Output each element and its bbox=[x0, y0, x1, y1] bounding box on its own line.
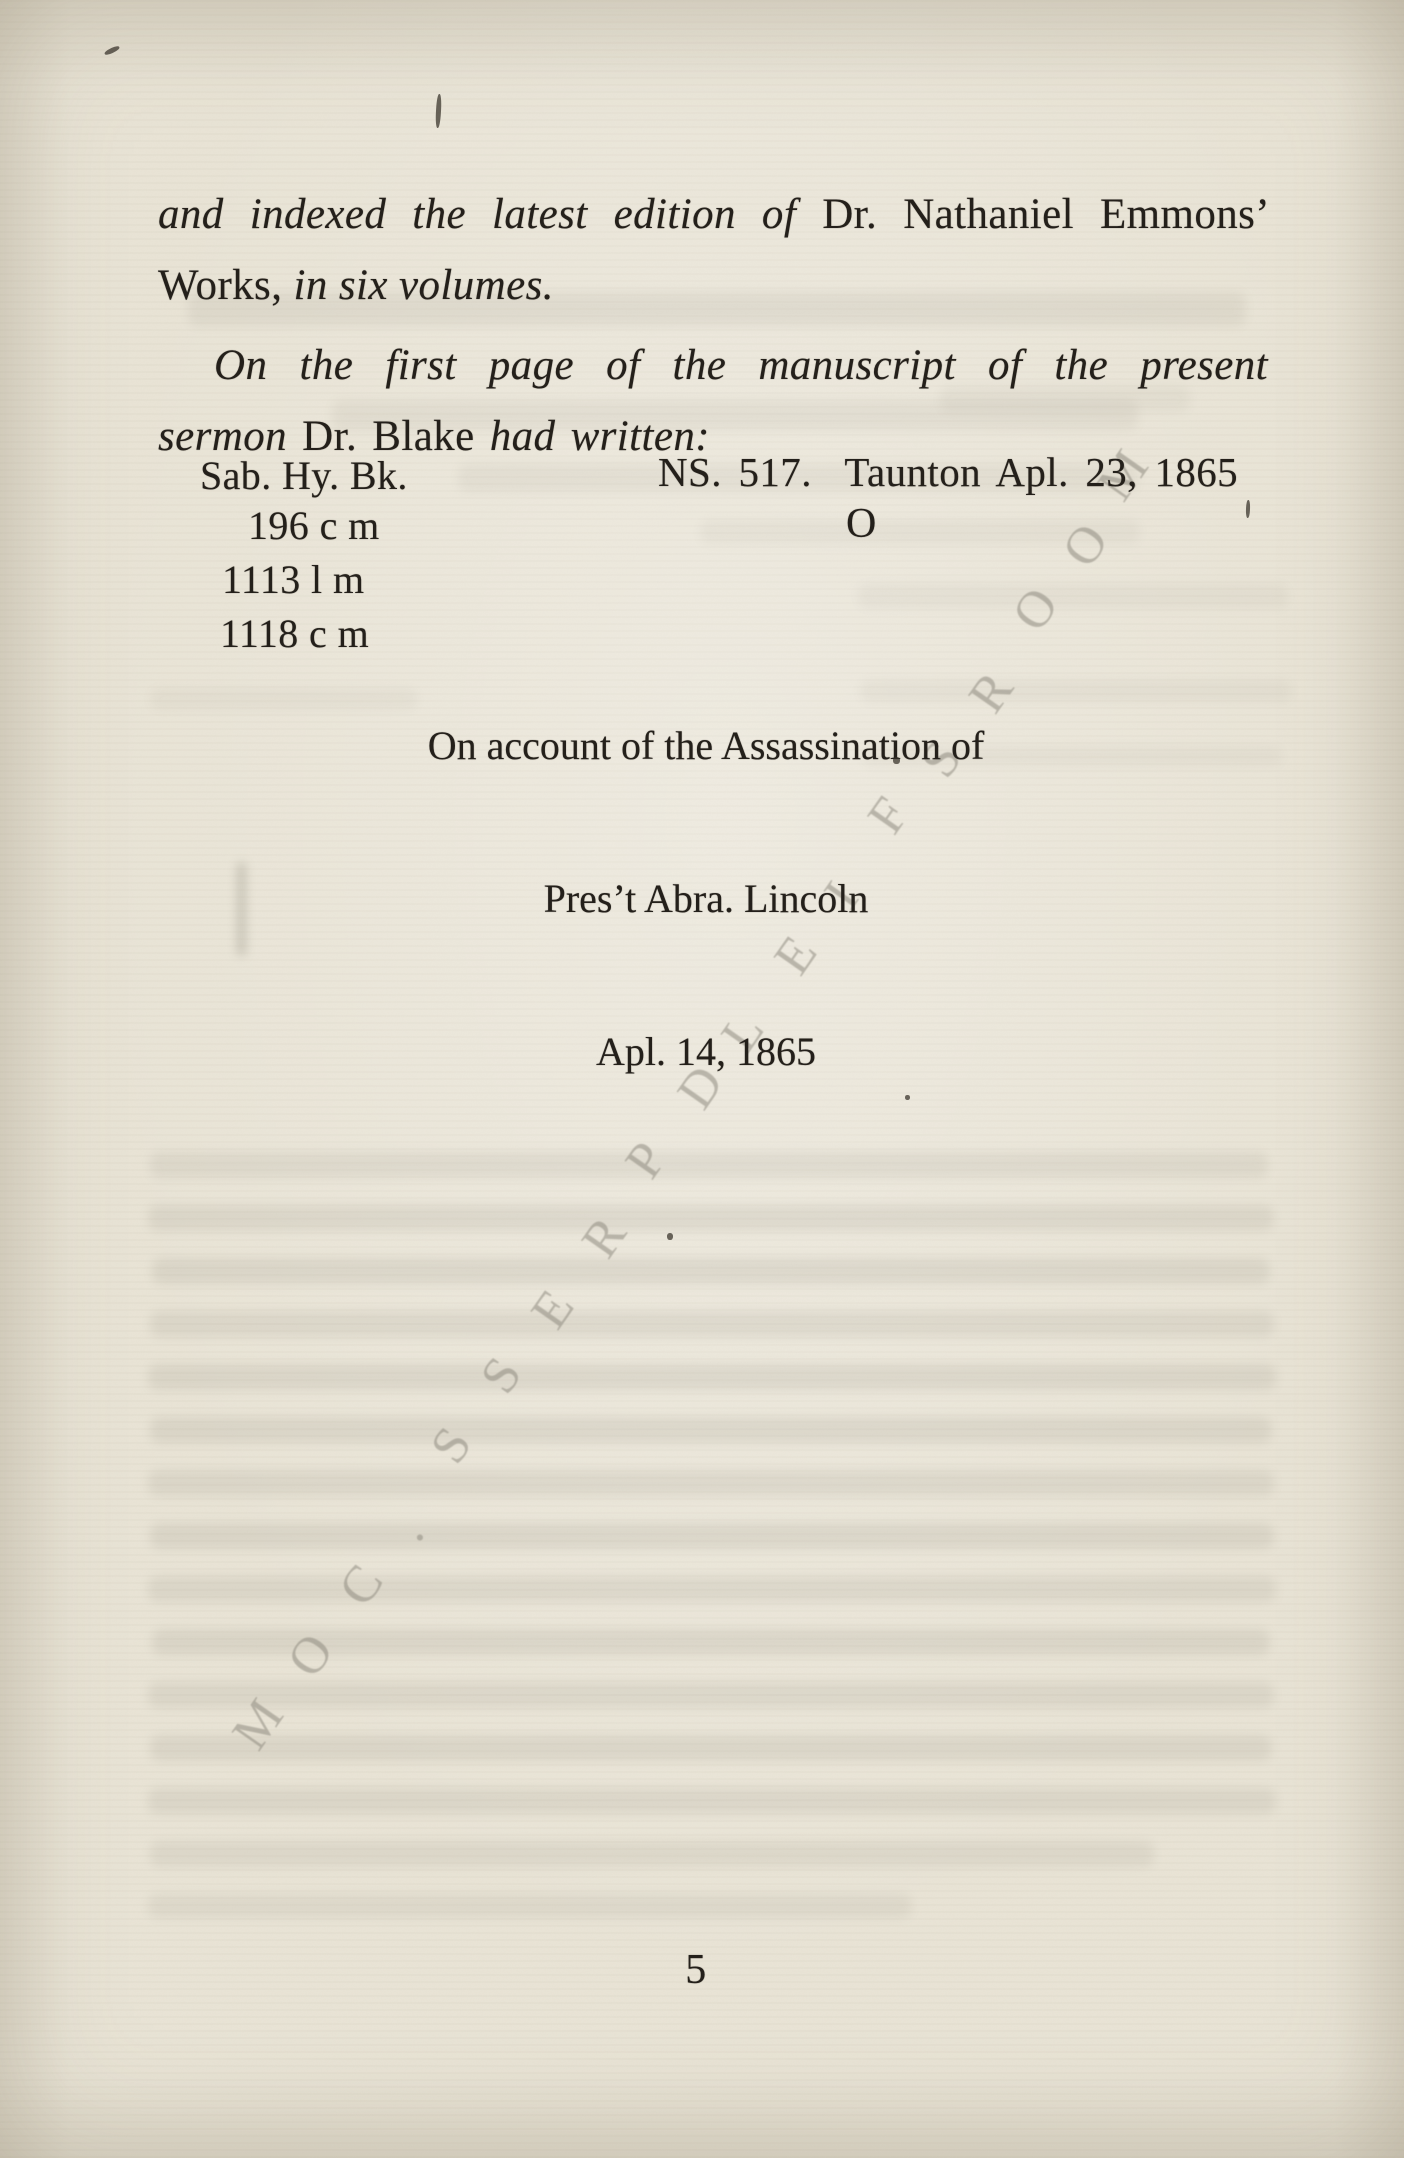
ink-speck bbox=[104, 45, 121, 56]
ghost-line bbox=[152, 1258, 1270, 1284]
ink-speck bbox=[1246, 500, 1251, 518]
ghost-line bbox=[150, 1841, 1154, 1867]
note-196-cm: 196 c m bbox=[248, 502, 380, 549]
center-annotation-block: On account of the Assassination of Pres’… bbox=[160, 618, 1252, 1179]
ghost-line bbox=[150, 1523, 1274, 1549]
watermark-letter: S bbox=[469, 1347, 534, 1405]
ghost-line bbox=[148, 1576, 1276, 1602]
note-letter-o: O bbox=[846, 500, 877, 550]
watermark-letter: C bbox=[327, 1554, 395, 1616]
ghost-line bbox=[148, 1470, 1274, 1496]
paragraph2-line1: On the first page of the manuscript of t… bbox=[214, 341, 1268, 392]
page-number: 5 bbox=[656, 1946, 736, 1996]
ghost-line bbox=[858, 584, 1288, 608]
ghost-line bbox=[150, 1735, 1272, 1761]
ghost-line bbox=[148, 1205, 1274, 1231]
note-ns-517-taunton: NS. 517. Taunton Apl. 23, 1865 bbox=[658, 448, 1238, 496]
ink-speck bbox=[893, 757, 900, 764]
ghost-line bbox=[150, 1417, 1272, 1443]
scanned-book-page: { "document": { "para1": { "italic": "an… bbox=[0, 0, 1404, 2158]
annotation-line2: Pres’t Abra. Lincoln bbox=[160, 873, 1252, 924]
ghost-line bbox=[148, 1364, 1276, 1390]
note-sab-hy-bk: Sab. Hy. Bk. bbox=[200, 452, 408, 499]
ghost-line bbox=[148, 1894, 912, 1918]
paragraph1-line1-roman: Dr. Nathaniel Emmons’ bbox=[822, 191, 1270, 238]
annotation-line1: On account of the Assassination of bbox=[160, 720, 1252, 771]
paragraph1-line1-italic: and indexed the latest edition of bbox=[158, 191, 822, 238]
ghost-line bbox=[148, 1682, 1274, 1708]
ink-speck bbox=[905, 1095, 910, 1100]
paragraph1-line2-italic: in six volumes. bbox=[294, 262, 554, 309]
ink-speck bbox=[435, 94, 442, 128]
annotation-line3: Apl. 14, 1865 bbox=[160, 1026, 1252, 1077]
note-1113-lm: 1113 l m bbox=[222, 556, 364, 603]
paragraph1-line1: and indexed the latest edition of Dr. Na… bbox=[158, 190, 1270, 241]
ghost-line bbox=[148, 1788, 1276, 1814]
paragraph1-line2: Works, in six volumes. bbox=[158, 261, 554, 312]
ink-speck bbox=[667, 1233, 673, 1240]
page: MOC.SSERPDLEIFSROOM and indexed the late… bbox=[0, 0, 1404, 2158]
paragraph1-line2-roman: Works, bbox=[158, 262, 294, 309]
ghost-line bbox=[150, 1311, 1274, 1337]
